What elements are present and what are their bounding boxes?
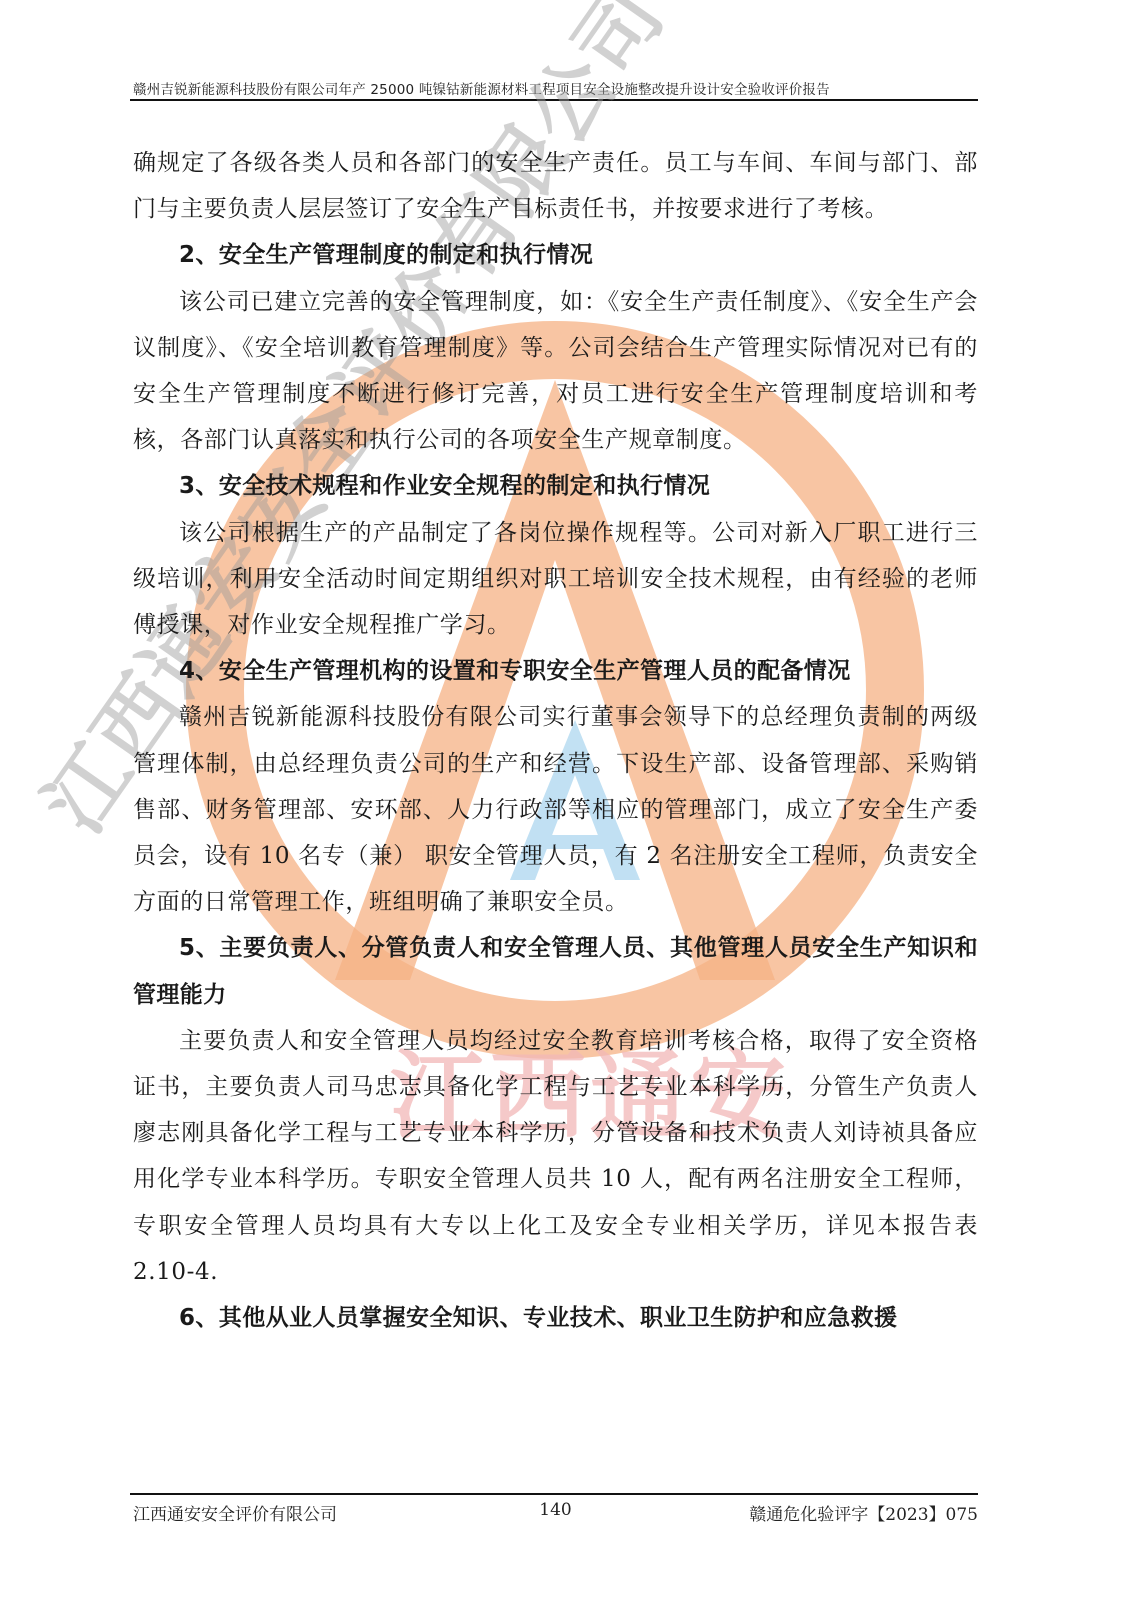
- section-heading: 3、安全技术规程和作业安全规程的制定和执行情况: [133, 463, 978, 509]
- header-divider: [130, 99, 978, 101]
- paragraph: 该公司根据生产的产品制定了各岗位操作规程等。公司对新入厂职工进行三级培训，利用安…: [133, 510, 978, 649]
- section-heading: 4、安全生产管理机构的设置和专职安全生产管理人员的配备情况: [133, 648, 978, 694]
- section-heading: 6、其他从业人员掌握安全知识、专业技术、职业卫生防护和应急救援: [133, 1295, 978, 1341]
- document-number: 赣通危化验评字【2023】075: [749, 1500, 978, 1525]
- paragraph: 主要负责人和安全管理人员均经过安全教育培训考核合格，取得了安全资格证书，主要负责…: [133, 1018, 978, 1295]
- page-footer: 江西通安安全评价有限公司 140 赣通危化验评字【2023】075: [133, 1500, 978, 1524]
- paragraph: 确规定了各级各类人员和各部门的安全生产责任。员工与车间、车间与部门、部门与主要负…: [133, 140, 978, 232]
- section-heading: 2、安全生产管理制度的制定和执行情况: [133, 232, 978, 278]
- running-header: 赣州吉锐新能源科技股份有限公司年产 25000 吨镍钴新能源材料工程项目安全设施…: [133, 78, 978, 98]
- footer-divider: [130, 1493, 978, 1495]
- paragraph: 该公司已建立完善的安全管理制度，如：《安全生产责任制度》、《安全生产会议制度》、…: [133, 279, 978, 464]
- document-body: 确规定了各级各类人员和各部门的安全生产责任。员工与车间、车间与部门、部门与主要负…: [133, 140, 978, 1341]
- document-page: 赣州吉锐新能源科技股份有限公司年产 25000 吨镍钴新能源材料工程项目安全设施…: [0, 0, 1131, 1600]
- paragraph: 赣州吉锐新能源科技股份有限公司实行董事会领导下的总经理负责制的两级管理体制，由总…: [133, 694, 978, 925]
- section-heading: 5、主要负责人、分管负责人和安全管理人员、其他管理人员安全生产知识和管理能力: [133, 925, 978, 1017]
